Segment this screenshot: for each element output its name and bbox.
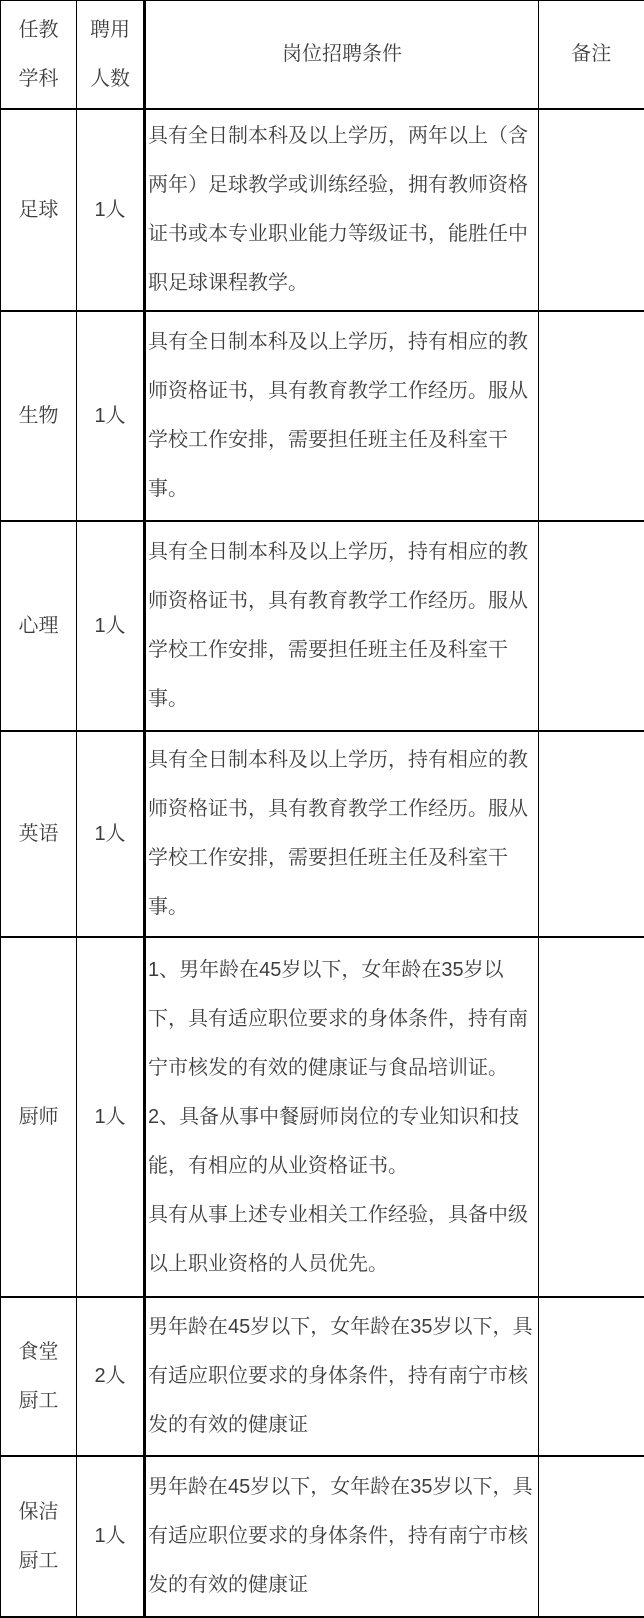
- header-note: 备注: [539, 1, 644, 110]
- count-cell: 1人: [77, 521, 145, 731]
- table-body: 足球1人具有全日制本科及以上学历，两年以上（含两年）足球教学或训练经验，拥有教师…: [1, 109, 644, 1617]
- count-cell: 2人: [77, 1297, 145, 1456]
- subject-cell: 厨师: [1, 937, 77, 1297]
- note-cell: [539, 109, 644, 311]
- count-cell: 1人: [77, 731, 145, 937]
- header-conditions: 岗位招聘条件: [145, 1, 539, 110]
- note-cell: [539, 311, 644, 521]
- note-cell: [539, 521, 644, 731]
- page: 任教 学科 聘用 人数 岗位招聘条件 备注 足球1人具有全日制本科及以上学历，两…: [0, 0, 644, 1618]
- conditions-cell: 具有全日制本科及以上学历，持有相应的教师资格证书，具有教育教学工作经历。服从学校…: [145, 731, 539, 937]
- conditions-cell: 具有全日制本科及以上学历，两年以上（含两年）足球教学或训练经验，拥有教师资格证书…: [145, 109, 539, 311]
- recruitment-table: 任教 学科 聘用 人数 岗位招聘条件 备注 足球1人具有全日制本科及以上学历，两…: [0, 0, 644, 1618]
- conditions-cell: 具有全日制本科及以上学历，持有相应的教师资格证书，具有教育教学工作经历。服从学校…: [145, 521, 539, 731]
- subject-cell: 保洁 厨工: [1, 1456, 77, 1617]
- header-count: 聘用 人数: [77, 1, 145, 110]
- conditions-cell: 男年龄在45岁以下，女年龄在35岁以下，具有适应职位要求的身体条件，持有南宁市核…: [145, 1456, 539, 1617]
- conditions-cell: 男年龄在45岁以下，女年龄在35岁以下，具有适应职位要求的身体条件，持有南宁市核…: [145, 1297, 539, 1456]
- header-row: 任教 学科 聘用 人数 岗位招聘条件 备注: [1, 1, 644, 110]
- subject-cell: 足球: [1, 109, 77, 311]
- note-cell: [539, 1456, 644, 1617]
- table-row: 英语1人具有全日制本科及以上学历，持有相应的教师资格证书，具有教育教学工作经历。…: [1, 731, 644, 937]
- count-cell: 1人: [77, 937, 145, 1297]
- table-row: 生物1人具有全日制本科及以上学历，持有相应的教师资格证书，具有教育教学工作经历。…: [1, 311, 644, 521]
- table-row: 食堂 厨工2人男年龄在45岁以下，女年龄在35岁以下，具有适应职位要求的身体条件…: [1, 1297, 644, 1456]
- subject-cell: 英语: [1, 731, 77, 937]
- conditions-cell: 具有全日制本科及以上学历，持有相应的教师资格证书，具有教育教学工作经历。服从学校…: [145, 311, 539, 521]
- table-row: 足球1人具有全日制本科及以上学历，两年以上（含两年）足球教学或训练经验，拥有教师…: [1, 109, 644, 311]
- count-cell: 1人: [77, 109, 145, 311]
- subject-cell: 食堂 厨工: [1, 1297, 77, 1456]
- count-cell: 1人: [77, 311, 145, 521]
- note-cell: [539, 731, 644, 937]
- header-subject: 任教 学科: [1, 1, 77, 110]
- table-row: 心理1人具有全日制本科及以上学历，持有相应的教师资格证书，具有教育教学工作经历。…: [1, 521, 644, 731]
- conditions-cell: 1、男年龄在45岁以下，女年龄在35岁以下，具有适应职位要求的身体条件，持有南宁…: [145, 937, 539, 1297]
- subject-cell: 生物: [1, 311, 77, 521]
- subject-cell: 心理: [1, 521, 77, 731]
- note-cell: [539, 937, 644, 1297]
- note-cell: [539, 1297, 644, 1456]
- table-row: 保洁 厨工1人男年龄在45岁以下，女年龄在35岁以下，具有适应职位要求的身体条件…: [1, 1456, 644, 1617]
- table-row: 厨师1人1、男年龄在45岁以下，女年龄在35岁以下，具有适应职位要求的身体条件，…: [1, 937, 644, 1297]
- count-cell: 1人: [77, 1456, 145, 1617]
